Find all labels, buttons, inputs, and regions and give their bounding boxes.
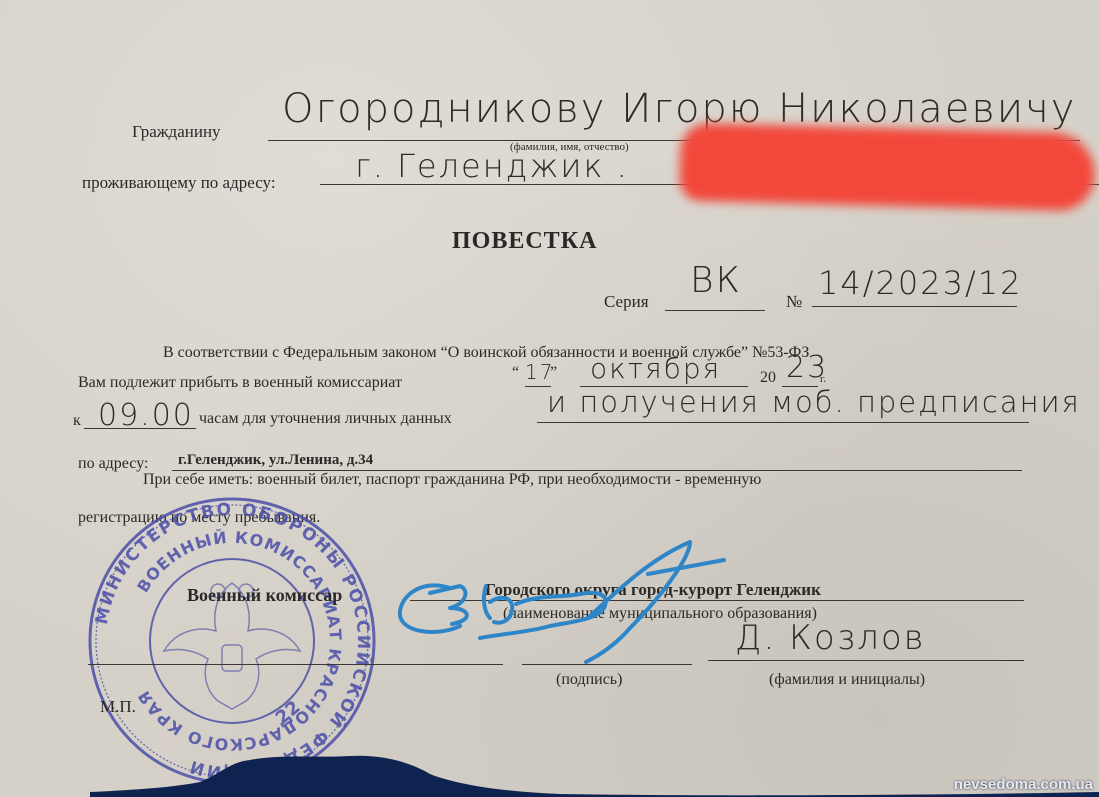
- number-line: [812, 306, 1017, 307]
- signer-name-handwritten: Д. Козлов: [735, 618, 926, 658]
- location-label: по адресу:: [78, 455, 148, 473]
- watermark: nevsedoma.com.ua: [954, 776, 1093, 793]
- recipient-name-handwritten: Огородникову Игорю Николаевичу: [282, 86, 1076, 132]
- document-title: ПОВЕСТКА: [452, 228, 597, 255]
- signature-scribble: [390, 538, 730, 668]
- purpose-handwritten: и получения моб. предписания: [547, 385, 1081, 419]
- series-value: ВК: [690, 260, 742, 301]
- series-label: Серия: [604, 292, 649, 312]
- official-stamp: МИНИСТЕРСТВО ОБОРОНЫ РОССИЙСКОЙ ФЕДЕРАЦИ…: [86, 495, 378, 787]
- redaction-mark: [679, 123, 1096, 212]
- number-label: №: [786, 292, 802, 312]
- signature-caption: (подпись): [556, 671, 622, 689]
- seal-label: М.П.: [100, 697, 136, 717]
- location-value: г.Геленджик, ул.Ленина, д.34: [178, 452, 373, 469]
- purpose-line: [537, 422, 1029, 423]
- torn-edge-backdrop: [90, 752, 1099, 797]
- address-label: проживающему по адресу:: [82, 173, 276, 193]
- bring-line-1: При себе иметь: военный билет, паспорт г…: [143, 471, 761, 489]
- name-line: [708, 660, 1024, 661]
- date-month: октября: [590, 352, 721, 385]
- time-prefix: к: [73, 412, 81, 430]
- time-value: 09.00: [98, 398, 194, 433]
- series-line: [665, 310, 765, 311]
- time-suffix: часам для уточнения личных данных: [199, 410, 452, 428]
- name-caption: (фамилия и инициалы): [769, 671, 925, 689]
- signer-role: Военный комиссар: [187, 585, 342, 606]
- arrive-text: Вам подлежит прибыть в военный комиссари…: [78, 374, 402, 392]
- date-year-unit: г.: [820, 373, 826, 385]
- number-value: 14/2023/12: [818, 264, 1022, 302]
- recipient-label: Гражданину: [132, 122, 221, 142]
- address-handwritten: г. Геленджик .: [355, 147, 629, 185]
